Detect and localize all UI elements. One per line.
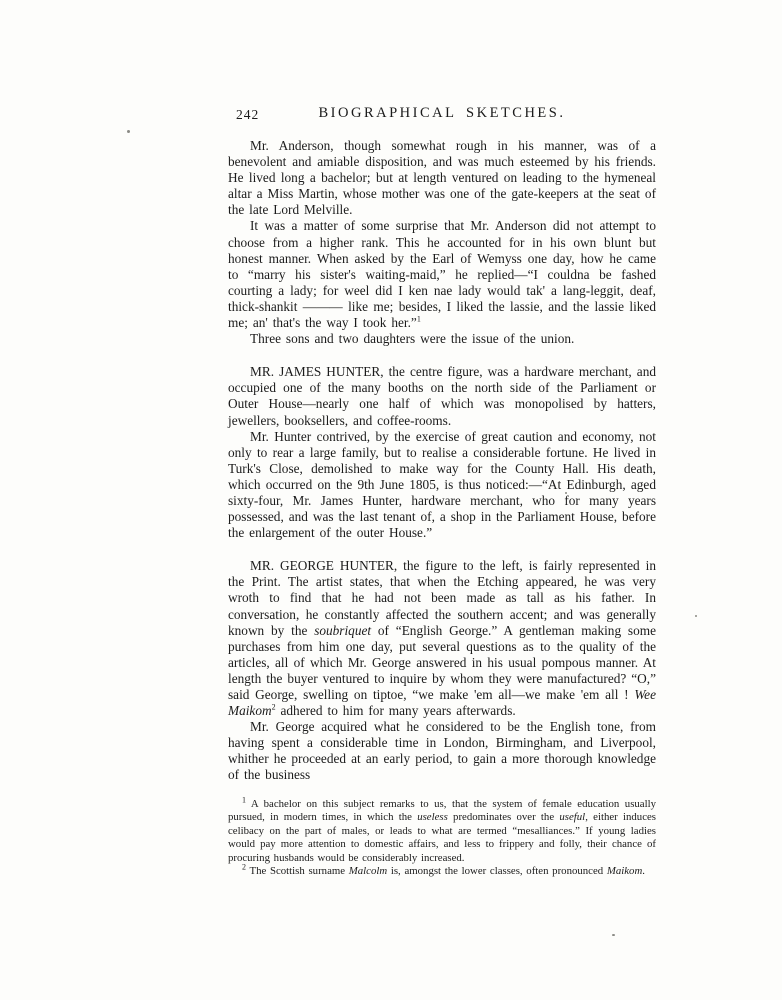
scan-speck bbox=[127, 130, 130, 133]
paragraph: Mr. George acquired what he considered t… bbox=[228, 719, 656, 783]
page-body: Mr. Anderson, though somewhat rough in h… bbox=[228, 138, 656, 879]
scan-speck bbox=[695, 615, 697, 617]
paragraph: MR. JAMES HUNTER, the centre figure, was… bbox=[228, 364, 656, 428]
paragraph: It was a matter of some surprise that Mr… bbox=[228, 218, 656, 331]
footnotes-section: 1 A bachelor on this subject remarks to … bbox=[228, 798, 656, 879]
running-head-title: BIOGRAPHICAL SKETCHES. bbox=[228, 105, 656, 122]
page-number: 242 bbox=[236, 107, 259, 123]
paragraph: Mr. Hunter contrived, by the exercise of… bbox=[228, 429, 656, 542]
footnote: 1 A bachelor on this subject remarks to … bbox=[228, 798, 656, 866]
scan-speck bbox=[612, 934, 615, 936]
scan-speck bbox=[565, 492, 567, 494]
paragraph: Three sons and two daughters were the is… bbox=[228, 331, 656, 347]
page-header: 242 BIOGRAPHICAL SKETCHES. bbox=[228, 105, 656, 123]
paragraph: MR. GEORGE HUNTER, the figure to the lef… bbox=[228, 558, 656, 719]
footnote: 2 The Scottish surname Malcolm is, among… bbox=[228, 865, 656, 879]
paragraph: Mr. Anderson, though somewhat rough in h… bbox=[228, 138, 656, 218]
book-page: 242 BIOGRAPHICAL SKETCHES. Mr. Anderson,… bbox=[0, 0, 782, 1000]
